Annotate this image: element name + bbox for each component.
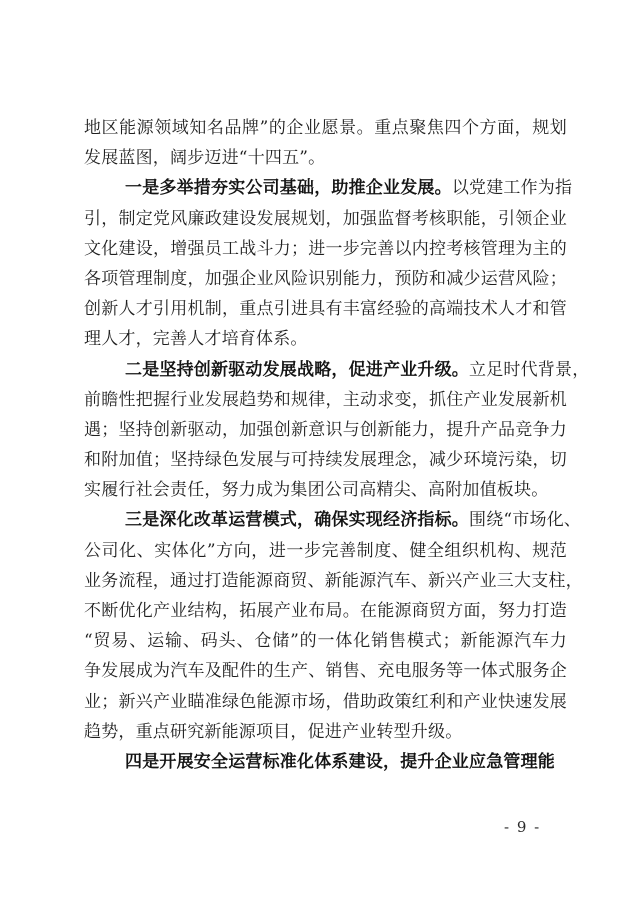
text-line-heading-3: 三是深化改革运营模式，确保实现经济指标。围绕“市场化、: [84, 505, 567, 535]
body-text: 实履行社会责任，努力成为集团公司高精尖、高附加值板块。: [84, 480, 548, 500]
text-line: 创新人才引用机制，重点引进具有丰富经验的高端技术人才和管: [84, 294, 567, 324]
body-text: 引，制定党风廉政建设发展规划，加强监督考核职能，引领企业: [84, 209, 567, 229]
heading-bold-text: 三是深化改革运营模式，确保实现经济指标。: [125, 510, 469, 530]
document-page: 地区能源领域知名品牌”的企业愿景。重点聚焦四个方面，规划 发展蓝图，阔步迈进“十…: [0, 0, 636, 900]
body-text: 立足时代背景，: [469, 360, 589, 380]
body-text: 各项管理制度，加强企业风险识别能力，预防和减少运营风险；: [84, 269, 567, 289]
body-text: 业务流程，通过打造能源商贸、新能源汽车、新兴产业三大支柱，: [84, 571, 583, 591]
text-line: 趋势，重点研究新能源项目，促进产业转型升级。: [84, 717, 567, 747]
body-text: 公司化、实体化”方向，进一步完善制度、健全组织机构、规范: [84, 541, 567, 561]
text-line-heading-1: 一是多举措夯实公司基础，助推企业发展。以党建工作为指: [84, 173, 567, 203]
body-text: 业；新兴产业瞄准绿色能源市场，借助政策红利和产业快速发展: [84, 692, 567, 712]
text-line: 地区能源领域知名品牌”的企业愿景。重点聚焦四个方面，规划: [84, 113, 567, 143]
body-text: 争发展成为汽车及配件的生产、销售、充电服务等一体式服务企: [84, 661, 567, 681]
text-line: 遇；坚持创新驱动，加强创新意识与创新能力，提升产品竞争力: [84, 415, 567, 445]
page-number: - 9 -: [504, 818, 541, 836]
text-line: 争发展成为汽车及配件的生产、销售、充电服务等一体式服务企: [84, 656, 567, 686]
body-text: 理人才，完善人才培育体系。: [84, 329, 308, 349]
body-text: “贸易、运输、码头、仓储”的一体化销售模式；新能源汽车力: [84, 631, 567, 651]
text-line: 发展蓝图，阔步迈进“十四五”。: [84, 143, 567, 173]
body-text: 发展蓝图，阔步迈进“十四五”。: [84, 148, 325, 168]
text-line-heading-2: 二是坚持创新驱动发展战略，促进产业升级。立足时代背景，: [84, 355, 567, 385]
heading-bold-text: 四是开展安全运营标准化体系建设，提升企业应急管理能: [125, 752, 555, 772]
text-line: 公司化、实体化”方向，进一步完善制度、健全组织机构、规范: [84, 536, 567, 566]
text-line: 各项管理制度，加强企业风险识别能力，预防和减少运营风险；: [84, 264, 567, 294]
text-line: 实履行社会责任，努力成为集团公司高精尖、高附加值板块。: [84, 475, 567, 505]
body-text: 前瞻性把握行业发展趋势和规律，主动求变，抓住产业发展新机: [84, 390, 567, 410]
body-text: 和附加值；坚持绿色发展与可持续发展理念，减少环境污染，切: [84, 450, 567, 470]
text-line: 前瞻性把握行业发展趋势和规律，主动求变，抓住产业发展新机: [84, 385, 567, 415]
text-line: 和附加值；坚持绿色发展与可持续发展理念，减少环境污染，切: [84, 445, 567, 475]
text-line: 业务流程，通过打造能源商贸、新能源汽车、新兴产业三大支柱，: [84, 566, 567, 596]
text-line: 理人才，完善人才培育体系。: [84, 324, 567, 354]
body-text: 文化建设，增强员工战斗力；进一步完善以内控考核管理为主的: [84, 239, 567, 259]
document-text-block: 地区能源领域知名品牌”的企业愿景。重点聚焦四个方面，规划 发展蓝图，阔步迈进“十…: [84, 113, 567, 777]
body-text: 不断优化产业结构，拓展产业布局。在能源商贸方面，努力打造: [84, 601, 567, 621]
body-text: 创新人才引用机制，重点引进具有丰富经验的高端技术人才和管: [84, 299, 567, 319]
text-line: 引，制定党风廉政建设发展规划，加强监督考核职能，引领企业: [84, 204, 567, 234]
heading-bold-text: 二是坚持创新驱动发展战略，促进产业升级。: [125, 360, 469, 380]
text-line: 业；新兴产业瞄准绿色能源市场，借助政策红利和产业快速发展: [84, 687, 567, 717]
text-line: “贸易、运输、码头、仓储”的一体化销售模式；新能源汽车力: [84, 626, 567, 656]
body-text: 地区能源领域知名品牌”的企业愿景。重点聚焦四个方面，规划: [84, 118, 567, 138]
text-line: 不断优化产业结构，拓展产业布局。在能源商贸方面，努力打造: [84, 596, 567, 626]
text-line-heading-4: 四是开展安全运营标准化体系建设，提升企业应急管理能: [84, 747, 567, 777]
body-text: 遇；坚持创新驱动，加强创新意识与创新能力，提升产品竞争力: [84, 420, 567, 440]
text-line: 文化建设，增强员工战斗力；进一步完善以内控考核管理为主的: [84, 234, 567, 264]
body-text: 趋势，重点研究新能源项目，促进产业转型升级。: [84, 722, 462, 742]
heading-bold-text: 一是多举措夯实公司基础，助推企业发展。: [125, 178, 452, 198]
body-text: 围绕“市场化、: [469, 510, 581, 530]
body-text: 以党建工作为指: [452, 178, 572, 198]
